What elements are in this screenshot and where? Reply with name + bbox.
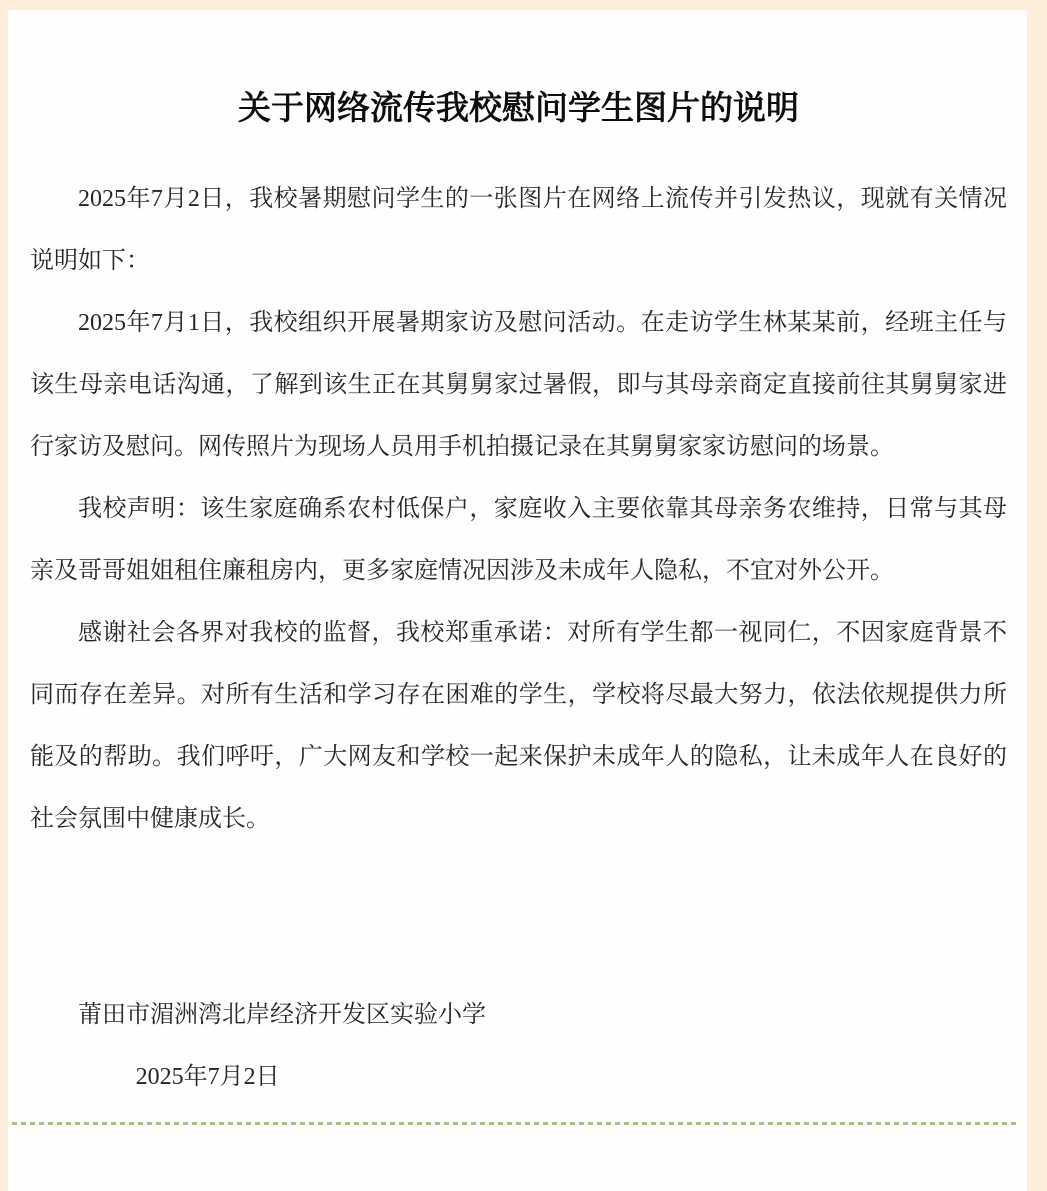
dashed-divider [12,1122,1020,1125]
paragraph-family-statement: 我校声明：该生家庭确系农村低保户，家庭收入主要依靠其母亲务农维持，日常与其母亲及… [30,478,1007,602]
document-body: 2025年7月2日，我校暑期慰问学生的一张图片在网络上流传并引发热议，现就有关情… [30,168,1007,850]
notice-page-background: { "page": { "frame_color": "#fdeedc", "p… [0,0,1047,1191]
notice-document: 关于网络流传我校慰问学生图片的说明 2025年7月2日，我校暑期慰问学生的一张图… [8,10,1027,1191]
signature-date: 2025年7月2日 [30,1046,1007,1108]
paragraph-commitment: 感谢社会各界对我校的监督，我校郑重承诺：对所有学生都一视同仁，不因家庭背景不同而… [30,602,1007,850]
signature-school-name: 莆田市湄洲湾北岸经济开发区实验小学 [30,984,1007,1046]
paragraph-visit-details: 2025年7月1日，我校组织开展暑期家访及慰问活动。在走访学生林某某前，经班主任… [30,292,1007,478]
document-title: 关于网络流传我校慰问学生图片的说明 [30,10,1007,128]
signature-block: 莆田市湄洲湾北岸经济开发区实验小学 2025年7月2日 [30,984,1007,1108]
paragraph-intro: 2025年7月2日，我校暑期慰问学生的一张图片在网络上流传并引发热议，现就有关情… [30,168,1007,292]
